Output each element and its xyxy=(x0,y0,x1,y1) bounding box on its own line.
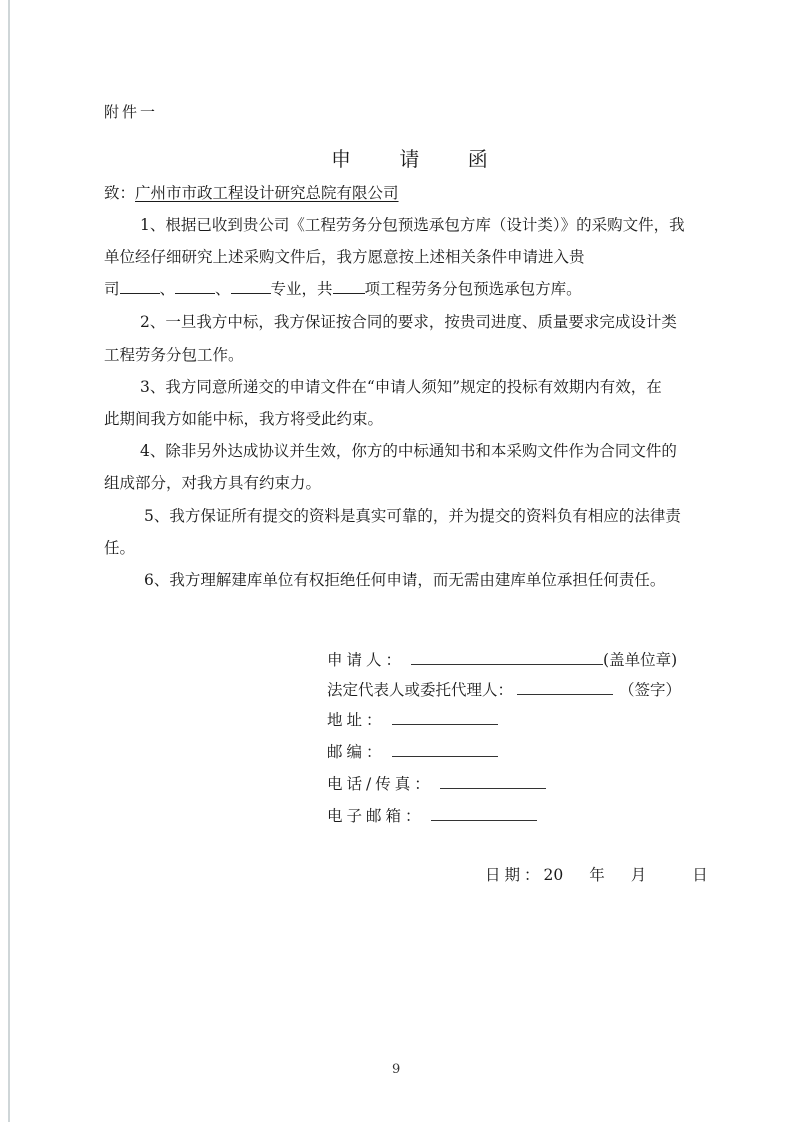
date-year: 年 xyxy=(589,866,605,884)
specialty-blank-1[interactable] xyxy=(120,279,160,294)
scan-edge-line xyxy=(8,0,10,1122)
phone-fax-field[interactable] xyxy=(440,774,546,789)
date-day: 日 xyxy=(692,866,708,884)
date-row: 日期：20年月日 xyxy=(485,863,708,885)
phone-fax-label: 电话/传真： xyxy=(327,775,434,793)
address-field[interactable] xyxy=(392,710,498,725)
count-blank[interactable] xyxy=(333,279,365,294)
specialty-blank-3[interactable] xyxy=(231,279,271,294)
paragraph-1-line-2: 单位经仔细研究上述采购文件后，我方愿意按上述相关条件申请进入贵 xyxy=(104,245,585,267)
addressee-name: 广州市市政工程设计研究总院有限公司 xyxy=(135,184,399,202)
address-row: 地址： xyxy=(327,708,498,730)
date-label: 日期： xyxy=(485,866,544,884)
address-label: 地址： xyxy=(327,711,386,729)
title-char: 函 xyxy=(468,143,488,172)
paragraph-3-line-1: 3、我方同意所递交的申请文件在“申请人须知”规定的投标有效期内有效，在 xyxy=(104,375,662,397)
date-year-prefix: 20 xyxy=(544,866,564,884)
paragraph-4-line-1: 4、除非另外达成协议并生效，你方的中标通知书和本采购文件作为合同文件的 xyxy=(104,439,677,461)
representative-field[interactable] xyxy=(517,680,613,695)
addressee-prefix: 致： xyxy=(104,184,135,202)
paragraph-1-line-3: 司、、专业，共项工程劳务分包预选承包方库。 xyxy=(104,277,582,299)
page-number: 9 xyxy=(392,1062,400,1077)
paragraph-4-line-2: 组成部分，对我方具有约束力。 xyxy=(104,471,321,493)
paragraph-5-line-2: 任。 xyxy=(104,536,135,558)
specialty-blank-2[interactable] xyxy=(175,279,215,294)
email-row: 电子邮箱： xyxy=(327,804,537,826)
paragraph-2-line-2: 工程劳务分包工作。 xyxy=(104,343,244,365)
postcode-label: 邮编： xyxy=(327,743,386,761)
attachment-label: 附件一 xyxy=(104,101,158,122)
paragraph-3-line-2: 此期间我方如能中标，我方将受此约束。 xyxy=(104,407,383,429)
paragraph-1-line-1: 1、根据已收到贵公司《工程劳务分包预选承包方库（设计类）》的采购文件，我 xyxy=(104,213,685,235)
phone-fax-row: 电话/传真： xyxy=(327,772,546,794)
applicant-field[interactable] xyxy=(411,650,603,665)
document-title: 申 请 函 xyxy=(331,143,488,172)
postcode-row: 邮编： xyxy=(327,740,498,762)
date-month: 月 xyxy=(631,866,647,884)
paragraph-5-line-1: 5、我方保证所有提交的资料是真实可靠的，并为提交的资料负有相应的法律责 xyxy=(104,504,681,526)
title-char: 申 xyxy=(331,143,351,172)
paragraph-6-line-1: 6、我方理解建库单位有权拒绝任何申请，而无需由建库单位承担任何责任。 xyxy=(104,568,665,590)
title-char: 请 xyxy=(399,143,419,172)
applicant-label: 申请人： xyxy=(327,651,405,669)
representative-label: 法定代表人或委托代理人： xyxy=(327,681,513,699)
representative-note: （签字） xyxy=(619,681,681,699)
applicant-row: 申请人：(盖单位章) xyxy=(327,648,677,670)
representative-row: 法定代表人或委托代理人：（签字） xyxy=(327,678,681,700)
applicant-note: (盖单位章) xyxy=(603,651,677,669)
email-label: 电子邮箱： xyxy=(327,807,425,825)
email-field[interactable] xyxy=(431,806,537,821)
addressee: 致：广州市市政工程设计研究总院有限公司 xyxy=(104,181,399,203)
postcode-field[interactable] xyxy=(392,742,498,757)
paragraph-2-line-1: 2、一旦我方中标，我方保证按合同的要求，按贵司进度、质量要求完成设计类 xyxy=(104,310,677,332)
